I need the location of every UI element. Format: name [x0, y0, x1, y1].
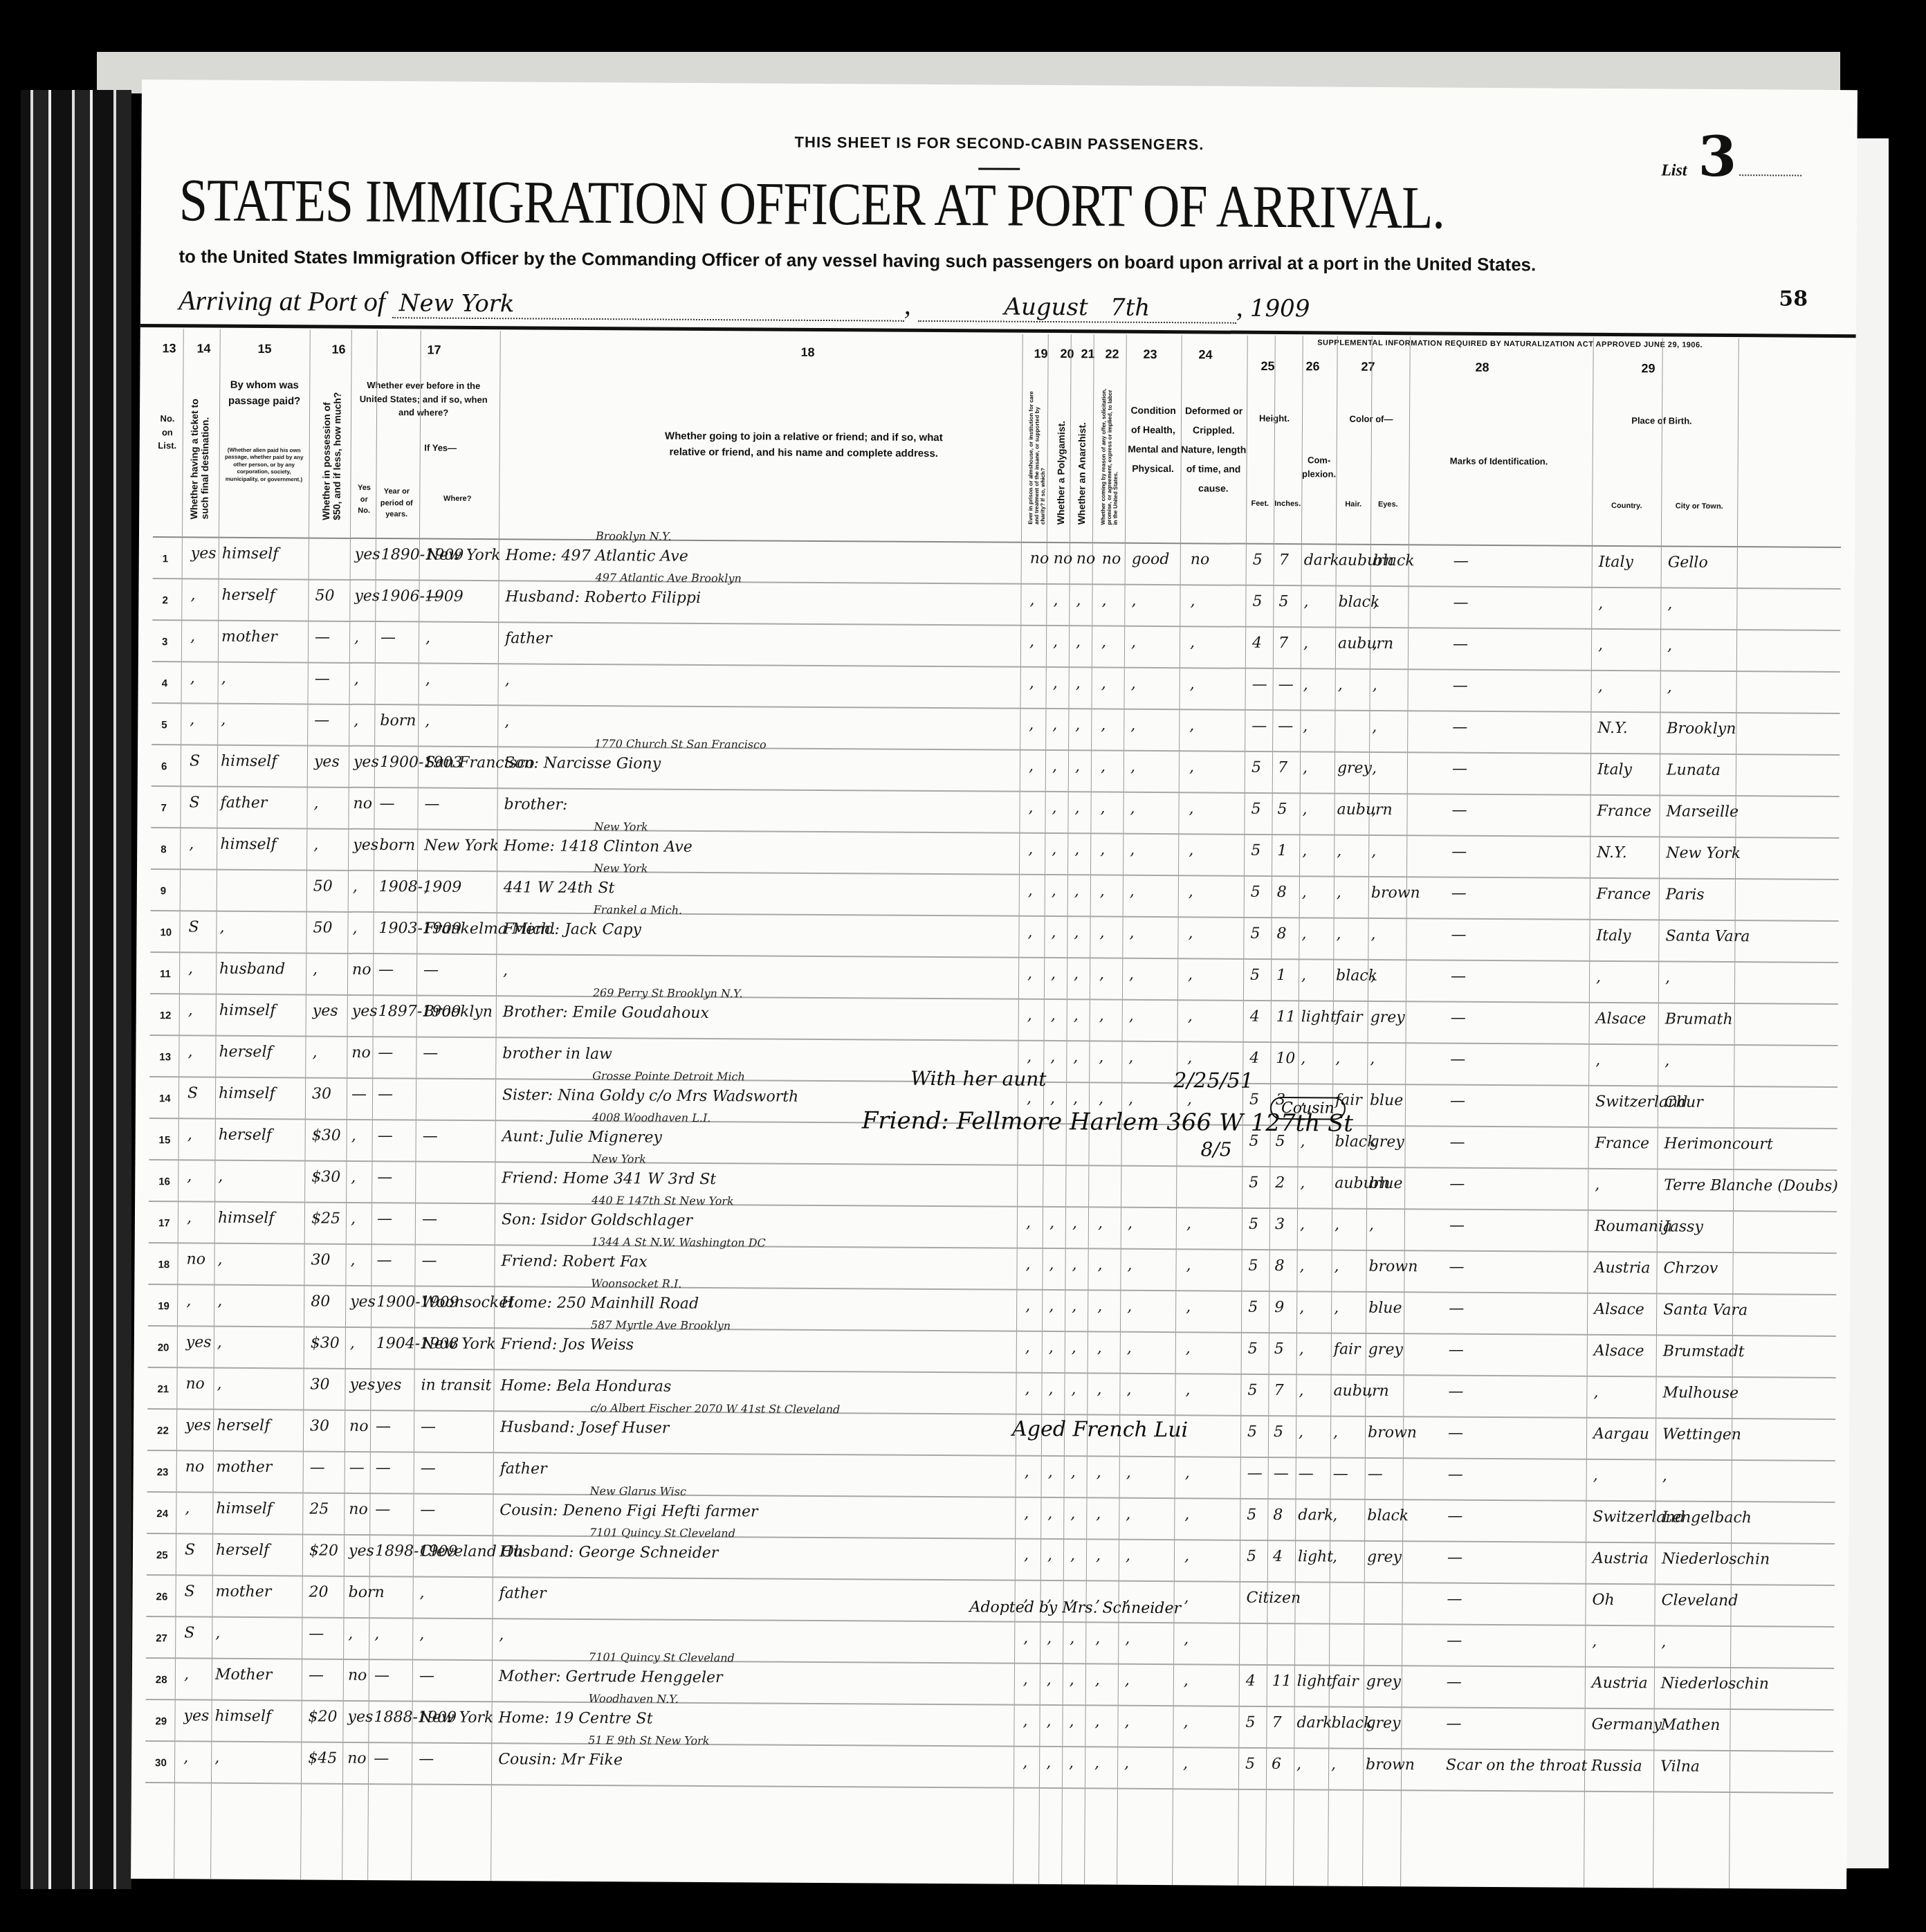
- where-cell: —: [425, 588, 441, 605]
- ticket-cell: yes: [183, 1707, 209, 1724]
- inches-cell: 2: [1275, 1174, 1285, 1192]
- hair-cell: fair: [1334, 1341, 1361, 1358]
- before-cell: ,: [348, 1625, 353, 1643]
- deformed-cell: ,: [1183, 1755, 1188, 1772]
- where-cell: New York: [419, 1708, 493, 1726]
- before-cell: yes: [354, 587, 380, 605]
- labor-cell: ,: [1099, 1007, 1104, 1024]
- joining-cell: Cousin: Mr Fike: [498, 1751, 623, 1769]
- anarchist-cell: ,: [1072, 1256, 1076, 1273]
- before-cell: ,: [351, 1169, 356, 1186]
- joining-address-line: 1344 A St N.W. Washington DC: [591, 1235, 766, 1250]
- joining-cell: Friend: Robert Fax: [502, 1252, 648, 1270]
- before-cell: yes: [349, 1376, 375, 1394]
- city-cell: Herimoncourt: [1664, 1135, 1773, 1153]
- ticket-cell: no: [185, 1458, 205, 1475]
- labor-cell: ,: [1100, 841, 1105, 858]
- city-cell: ,: [1667, 637, 1672, 654]
- row-number: 29: [155, 1715, 167, 1727]
- ticket-cell: ,: [190, 711, 194, 728]
- years-cell: —: [374, 1667, 389, 1684]
- deformed-cell: ,: [1184, 1506, 1189, 1523]
- money-cell: yes: [313, 1003, 338, 1020]
- joining-cell: Home: 497 Atlantic Ave: [506, 547, 688, 565]
- labor-cell: ,: [1101, 633, 1106, 650]
- complexion-cell: ,: [1299, 1382, 1303, 1399]
- before-cell: ,: [351, 1127, 356, 1145]
- money-cell: —: [310, 1459, 325, 1477]
- labor-cell: no: [1102, 550, 1121, 567]
- city-cell: Jassy: [1664, 1218, 1703, 1235]
- polygamist-cell: ,: [1046, 1754, 1051, 1771]
- annotation-code-2: 8/5: [1200, 1138, 1231, 1160]
- country-cell: Austria: [1593, 1550, 1649, 1567]
- city-cell: Niederloschin: [1661, 1675, 1769, 1693]
- hair-cell: ,: [1335, 1216, 1339, 1234]
- city-cell: Vilna: [1660, 1758, 1700, 1775]
- before-cell: no: [351, 1044, 371, 1061]
- paid-by-cell: herself: [219, 1044, 272, 1061]
- before-cell: yes: [352, 1003, 378, 1020]
- joining-address-line: Brooklyn N.Y.: [596, 529, 672, 543]
- hair-cell: ,: [1338, 677, 1343, 694]
- row-number: 22: [157, 1425, 169, 1437]
- eyes-cell: ,: [1370, 967, 1375, 985]
- years-cell: —: [378, 961, 394, 978]
- eyes-cell: grey: [1368, 1341, 1403, 1358]
- ticket-cell: ,: [186, 1292, 191, 1309]
- health-cell: ,: [1128, 1215, 1132, 1232]
- deformed-cell: no: [1191, 551, 1210, 568]
- years-cell: —: [380, 795, 395, 812]
- feet-cell: 5: [1250, 925, 1260, 942]
- ticket-cell: yes: [185, 1416, 211, 1434]
- city-cell: Wettingen: [1662, 1425, 1741, 1443]
- before-cell: yes: [350, 1293, 376, 1311]
- money-cell: ,: [313, 961, 318, 978]
- marks-cell: —: [1451, 968, 1466, 985]
- marks-cell: —: [1453, 636, 1468, 653]
- joining-address-line: 1770 Church St San Francisco: [594, 737, 767, 751]
- hair-cell: ,: [1332, 1507, 1337, 1524]
- joining-address-line: 4008 Woodhaven L.I.: [592, 1111, 711, 1124]
- deformed-cell: ,: [1189, 717, 1194, 734]
- complexion-cell: ,: [1299, 1340, 1304, 1358]
- labor-cell: ,: [1101, 799, 1106, 817]
- where-cell: ,: [425, 630, 430, 647]
- paid-by-cell: himself: [219, 1085, 275, 1102]
- anarchist-cell: ,: [1070, 1547, 1075, 1564]
- polygamist-cell: ,: [1053, 633, 1058, 650]
- where-cell: New York: [421, 1336, 496, 1354]
- paid-by-cell: ,: [221, 670, 226, 687]
- city-cell: Santa Vara: [1663, 1301, 1748, 1319]
- years-cell: —: [377, 1252, 392, 1269]
- inches-cell: 7: [1278, 759, 1287, 776]
- ticket-cell: yes: [186, 1333, 212, 1351]
- row-number: 23: [157, 1466, 169, 1478]
- inches-cell: 8: [1277, 884, 1287, 901]
- labor-cell: ,: [1097, 1464, 1101, 1481]
- row-number: 25: [156, 1549, 168, 1561]
- joining-address-line: c/o Albert Fischer 2070 W 41st St Clevel…: [590, 1401, 840, 1416]
- city-cell: ,: [1665, 969, 1670, 986]
- feet-cell: 5: [1247, 1548, 1256, 1565]
- paid-by-cell: ,: [217, 1334, 222, 1351]
- col-health: Condition of Health, Mental and Physical…: [1126, 401, 1182, 478]
- complexion-cell: ,: [1301, 1050, 1305, 1067]
- feet-cell: 5: [1247, 1423, 1257, 1441]
- country-cell: ,: [1592, 1633, 1597, 1650]
- feet-cell: 5: [1251, 759, 1261, 776]
- hair-cell: auburn: [1338, 635, 1393, 653]
- joining-address-line: 497 Atlantic Ave Brooklyn: [596, 571, 742, 585]
- money-cell: 20: [309, 1584, 329, 1601]
- eyes-cell: grey: [1370, 1009, 1405, 1026]
- col-deformed: Deformed or Crippled. Nature, length of …: [1180, 401, 1247, 498]
- deformed-cell: ,: [1190, 592, 1195, 610]
- marks-cell: —: [1449, 1342, 1464, 1359]
- ticket-cell: ,: [187, 1043, 192, 1060]
- complexion-cell: ,: [1301, 925, 1306, 942]
- country-cell: Italy: [1596, 927, 1631, 945]
- labor-cell: ,: [1101, 758, 1106, 775]
- where-cell: in transit: [421, 1377, 491, 1395]
- ticket-cell: yes: [191, 545, 217, 562]
- deformed-cell: ,: [1184, 1589, 1189, 1606]
- eyes-cell: grey: [1367, 1549, 1402, 1566]
- years-cell: born: [380, 712, 416, 729]
- joining-cell: Brother: Emile Goudahoux: [503, 1003, 709, 1022]
- inches-cell: 11: [1272, 1673, 1292, 1690]
- paid-by-cell: himself: [220, 836, 277, 853]
- deformed-cell: ,: [1189, 800, 1194, 817]
- money-cell: 50: [313, 920, 332, 937]
- anarchist-cell: ,: [1073, 1048, 1078, 1066]
- ticket-cell: S: [190, 752, 200, 769]
- ticket-cell: no: [185, 1375, 205, 1392]
- polygamist-cell: ,: [1048, 1464, 1053, 1481]
- years-cell: —: [378, 1086, 393, 1103]
- hair-cell: ,: [1337, 884, 1341, 902]
- marks-cell: —: [1447, 1549, 1462, 1567]
- joining-address-line: Grosse Pointe Detroit Mich: [592, 1069, 745, 1083]
- eyes-cell: brown: [1366, 1756, 1415, 1774]
- anarchist-cell: ,: [1075, 716, 1080, 733]
- inches-cell: 10: [1276, 1050, 1295, 1067]
- where-cell: —: [421, 1418, 436, 1435]
- country-cell: Russia: [1591, 1758, 1642, 1775]
- marks-cell: —: [1447, 1632, 1462, 1650]
- row-number: 8: [160, 844, 166, 855]
- joining-address-line: Frankel a Mich.: [594, 903, 683, 917]
- col-ticket: Whether having a ticket to such final de…: [189, 381, 211, 519]
- hair-cell: ,: [1332, 1549, 1337, 1566]
- joining-address-line: 587 Myrtle Ave Brooklyn: [591, 1318, 731, 1332]
- anarchist-cell: ,: [1069, 1754, 1074, 1771]
- complexion-cell: ,: [1300, 1174, 1305, 1192]
- joining-cell: Husband: Josef Huser: [500, 1419, 669, 1437]
- marks-cell: —: [1450, 1134, 1465, 1151]
- inches-cell: 5: [1278, 801, 1287, 818]
- before-cell: ,: [354, 712, 358, 729]
- polygamist-cell: ,: [1049, 1256, 1054, 1273]
- sheet-number: 58: [1779, 286, 1808, 311]
- years-cell: —: [376, 1418, 391, 1435]
- health-cell: ,: [1127, 1257, 1132, 1274]
- anarchist-cell: no: [1076, 550, 1096, 567]
- paid-by-cell: himself: [222, 545, 279, 563]
- city-cell: ,: [1667, 678, 1672, 695]
- col-anarchist: Whether an Anarchist.: [1076, 386, 1088, 525]
- polygamist-cell: ,: [1046, 1713, 1051, 1730]
- country-cell: Italy: [1597, 761, 1632, 778]
- deformed-cell: ,: [1185, 1381, 1190, 1398]
- health-cell: ,: [1124, 1713, 1129, 1731]
- labor-cell: ,: [1097, 1256, 1102, 1273]
- marks-cell: —: [1451, 885, 1467, 902]
- row-number: 18: [158, 1259, 169, 1270]
- paid-by-cell: ,: [215, 1625, 220, 1642]
- polygamist-cell: ,: [1051, 924, 1056, 941]
- where-cell: New York: [426, 547, 501, 565]
- inches-cell: 9: [1274, 1299, 1284, 1316]
- eyes-cell: ,: [1371, 843, 1376, 860]
- city-cell: ,: [1667, 595, 1672, 612]
- city-cell: Brumath: [1665, 1010, 1733, 1028]
- country-cell: Austria: [1594, 1259, 1650, 1277]
- marks-cell: —: [1453, 553, 1469, 570]
- prison-cell: ,: [1029, 758, 1034, 775]
- years-cell: —: [377, 1169, 392, 1186]
- eyes-cell: brown: [1371, 884, 1420, 902]
- labor-cell: ,: [1100, 882, 1105, 900]
- polygamist-cell: ,: [1049, 1214, 1054, 1232]
- health-cell: ,: [1129, 966, 1134, 983]
- country-cell: ,: [1596, 969, 1601, 986]
- arrival-line: Arriving at Port of New York, August 7th…: [178, 284, 1770, 327]
- city-cell: Mulhouse: [1662, 1384, 1739, 1402]
- prison-cell: ,: [1027, 1007, 1032, 1024]
- deformed-cell: ,: [1186, 1257, 1191, 1274]
- country-cell: Austria: [1592, 1675, 1648, 1692]
- complexion-cell: ,: [1302, 884, 1307, 901]
- deformed-cell: ,: [1190, 675, 1195, 693]
- row-number: 2: [162, 594, 167, 606]
- joining-cell: Home: 1418 Clinton Ave: [504, 837, 693, 856]
- money-cell: $20: [308, 1708, 337, 1726]
- row-number: 6: [161, 760, 167, 772]
- marks-cell: —: [1453, 677, 1468, 695]
- money-cell: —: [309, 1667, 324, 1684]
- marks-cell: —: [1448, 1425, 1463, 1442]
- prison-cell: ,: [1027, 1090, 1031, 1107]
- labor-cell: ,: [1096, 1547, 1101, 1564]
- years-cell: 1906-1909: [380, 587, 464, 605]
- money-cell: 30: [310, 1418, 329, 1435]
- ticket-cell: ,: [184, 1666, 189, 1683]
- joining-address-line: New York: [591, 1152, 646, 1165]
- complexion-cell: ,: [1300, 1216, 1305, 1233]
- row-number: 27: [156, 1632, 167, 1644]
- polygamist-cell: ,: [1053, 675, 1058, 692]
- years-cell: born: [379, 837, 415, 854]
- anarchist-cell: ,: [1072, 1214, 1077, 1232]
- feet-cell: —: [1252, 676, 1267, 693]
- paid-by-cell: mother: [221, 628, 277, 646]
- anarchist-cell: ,: [1074, 841, 1079, 858]
- eyes-cell: blue: [1369, 1175, 1402, 1192]
- complexion-cell: dark: [1304, 552, 1339, 569]
- before-cell: yes: [355, 546, 380, 563]
- money-cell: 80: [311, 1293, 330, 1311]
- ticket-cell: S: [185, 1583, 195, 1600]
- marks-cell: —: [1451, 844, 1467, 861]
- city-cell: Santa Vara: [1665, 927, 1750, 945]
- anarchist-cell: ,: [1075, 758, 1080, 775]
- marks-cell: —: [1447, 1508, 1462, 1525]
- ticket-cell: S: [190, 794, 200, 811]
- row-number: 24: [156, 1508, 168, 1520]
- joining-cell: Mother: Gertrude Henggeler: [499, 1668, 723, 1686]
- feet-cell: 5: [1250, 967, 1260, 984]
- prison-cell: ,: [1026, 1214, 1031, 1232]
- row-number: 5: [161, 719, 167, 731]
- city-cell: Paris: [1666, 886, 1705, 903]
- anarchist-cell: ,: [1076, 592, 1081, 609]
- marks-cell: —: [1452, 760, 1467, 778]
- health-cell: ,: [1130, 883, 1135, 900]
- hair-cell: fair: [1332, 1673, 1359, 1690]
- ticket-cell: S: [188, 918, 199, 936]
- feet-cell: 4: [1250, 1008, 1260, 1026]
- manifest-sheet: THIS SHEET IS FOR SECOND-CABIN PASSENGER…: [131, 80, 1858, 1889]
- health-cell: ,: [1126, 1464, 1131, 1482]
- row-number: 19: [158, 1300, 169, 1312]
- paid-by-cell: ,: [214, 1749, 219, 1767]
- inches-cell: 11: [1276, 1008, 1296, 1026]
- city-cell: Cleveland: [1662, 1592, 1739, 1610]
- marks-cell: —: [1452, 719, 1467, 736]
- polygamist-cell: ,: [1047, 1547, 1052, 1564]
- complexion-cell: ,: [1303, 801, 1308, 818]
- hair-cell: ,: [1337, 843, 1341, 860]
- prison-cell: ,: [1029, 592, 1034, 609]
- country-cell: ,: [1598, 637, 1603, 654]
- joining-address-line: 269 Perry St Brooklyn N.Y.: [593, 986, 743, 1000]
- col-joining: Whether going to join a relative or frie…: [652, 429, 956, 462]
- inches-cell: —: [1278, 676, 1294, 693]
- joining-cell: ,: [504, 713, 509, 730]
- city-cell: Gello: [1668, 554, 1708, 571]
- labor-cell: ,: [1097, 1297, 1102, 1315]
- joining-cell: brother in law: [502, 1045, 612, 1063]
- country-cell: France: [1595, 1135, 1650, 1152]
- col-paid-by: By whom was passage paid?: [223, 378, 306, 410]
- eyes-cell: ,: [1368, 1383, 1373, 1400]
- row-number: 28: [156, 1674, 167, 1686]
- labor-cell: ,: [1099, 965, 1104, 983]
- before-cell: yes: [349, 1542, 374, 1560]
- where-cell: New York: [424, 837, 499, 855]
- row-number: 17: [158, 1217, 170, 1229]
- paid-by-cell: herself: [219, 1127, 272, 1144]
- joining-cell: Friend: Jack Capy: [503, 920, 641, 938]
- deformed-cell: ,: [1189, 841, 1193, 859]
- joining-cell: father: [500, 1460, 547, 1477]
- money-cell: —: [309, 1625, 324, 1643]
- prison-cell: ,: [1023, 1671, 1028, 1688]
- anarchist-cell: ,: [1075, 799, 1080, 817]
- deformed-cell: ,: [1186, 1298, 1191, 1315]
- inches-cell: —: [1278, 718, 1293, 735]
- deformed-cell: ,: [1189, 883, 1193, 900]
- inches-cell: 6: [1272, 1756, 1281, 1773]
- row-number: 13: [159, 1051, 171, 1063]
- prison-cell: ,: [1027, 965, 1032, 983]
- complexion-cell: ,: [1303, 759, 1308, 776]
- paid-by-cell: mother: [217, 1459, 273, 1476]
- country-cell: Roumania: [1595, 1218, 1672, 1236]
- anarchist-cell: ,: [1072, 1297, 1076, 1315]
- row-number: 4: [162, 677, 167, 689]
- where-cell: ,: [425, 713, 430, 730]
- health-cell: ,: [1130, 841, 1135, 859]
- polygamist-cell: ,: [1053, 592, 1058, 609]
- joining-cell: father: [499, 1585, 547, 1602]
- where-cell: —: [422, 1211, 437, 1228]
- country-cell: ,: [1598, 678, 1603, 695]
- row-number: 9: [160, 885, 166, 897]
- feet-cell: 5: [1251, 884, 1260, 901]
- anarchist-cell: ,: [1076, 675, 1081, 692]
- deformed-cell: ,: [1187, 1049, 1192, 1066]
- city-cell: ,: [1664, 1052, 1669, 1069]
- marks-cell: —: [1446, 1715, 1461, 1733]
- marks-cell: —: [1451, 1010, 1466, 1027]
- where-cell: ,: [424, 879, 429, 896]
- polygamist-cell: ,: [1049, 1339, 1054, 1356]
- row-number: 21: [157, 1383, 169, 1395]
- years-cell: 1908-1909: [379, 878, 462, 896]
- inches-cell: 5: [1278, 593, 1288, 610]
- list-number-field: List 3: [1661, 123, 1802, 189]
- ticket-cell: ,: [187, 1126, 192, 1143]
- ticket-cell: ,: [190, 586, 195, 603]
- where-cell: Woonsocket: [421, 1294, 514, 1312]
- polygamist-cell: ,: [1051, 965, 1056, 983]
- deformed-cell: ,: [1190, 634, 1195, 651]
- country-cell: Italy: [1599, 554, 1633, 571]
- complexion-cell: —: [1299, 1465, 1314, 1482]
- polygamist-cell: ,: [1052, 716, 1057, 733]
- complexion-cell: ,: [1299, 1257, 1304, 1275]
- prison-cell: no: [1030, 550, 1049, 567]
- complexion-cell: light: [1298, 1548, 1333, 1565]
- inches-cell: 8: [1276, 925, 1286, 942]
- country-cell: Alsace: [1596, 1010, 1647, 1028]
- anarchist-cell: ,: [1074, 1007, 1079, 1024]
- complexion-cell: ,: [1296, 1756, 1301, 1773]
- joining-address-line: Woonsocket R.I.: [591, 1277, 681, 1291]
- labor-cell: ,: [1098, 1214, 1103, 1232]
- prison-cell: ,: [1029, 633, 1034, 650]
- prison-cell: ,: [1025, 1380, 1029, 1398]
- city-cell: Marseille: [1667, 803, 1739, 821]
- country-cell: N.Y.: [1597, 844, 1627, 862]
- feet-cell: 4: [1249, 1050, 1259, 1067]
- polygamist-cell: ,: [1052, 841, 1056, 858]
